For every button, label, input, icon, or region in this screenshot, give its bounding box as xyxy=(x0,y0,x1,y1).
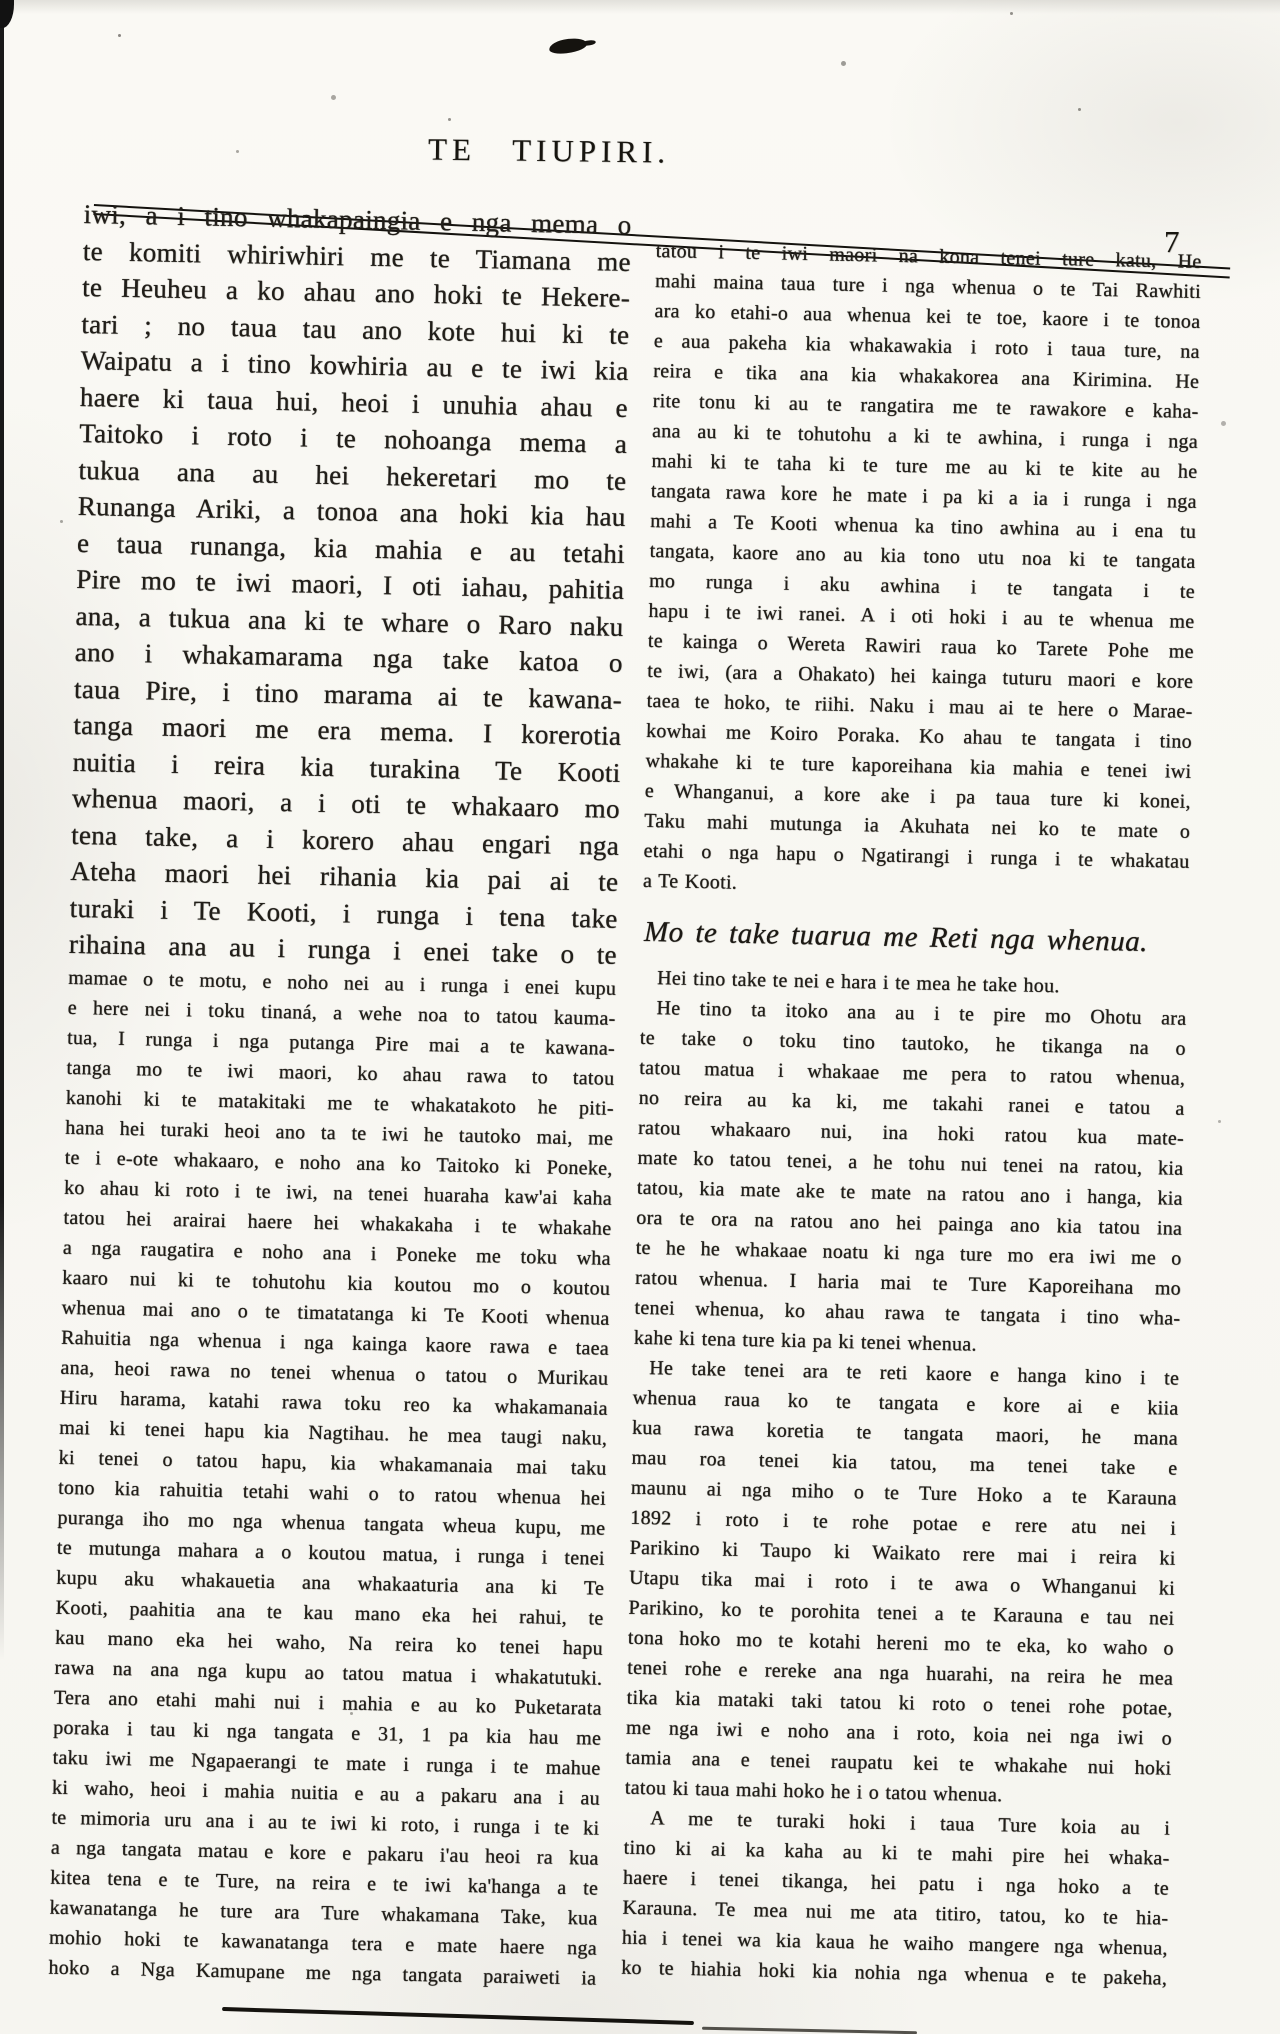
right-column-paragraph-3: He tino ta itoko ana au i te pire mo Oho… xyxy=(634,993,1187,1364)
left-column: iwi, a i tino whakapaingia e nga mema ot… xyxy=(48,196,632,1993)
masthead-title: TE TIUPIRI. xyxy=(428,132,670,171)
ink-smudge-artifact xyxy=(548,37,587,56)
right-column: tatou i te iwi maori na kona tenei ture … xyxy=(621,236,1202,1994)
right-column-paragraph-5: A me te turaki hoki i taua Ture koia au … xyxy=(621,1803,1171,1994)
section-heading: Mo te take tuarua me Reti nga whenua. xyxy=(644,916,1189,960)
scan-bottom-line2-artifact xyxy=(702,2027,917,2034)
scan-corner-mark-artifact xyxy=(0,0,14,28)
left-column-small-paragraph: mamae o te motu, e noho nei au i runga i… xyxy=(48,962,616,1993)
right-column-paragraph-4: He take tenei ara te reti kaore e hanga … xyxy=(625,1353,1180,1814)
left-column-lead-paragraph: iwi, a i tino whakapaingia e nga mema ot… xyxy=(69,196,632,973)
right-column-paragraph-1: tatou i te iwi maori na kona tenei ture … xyxy=(643,236,1202,907)
scan-bottom-line-artifact xyxy=(222,2007,694,2025)
newspaper-page: TE TIUPIRI. 7 iwi, a i tino whakapaingia… xyxy=(0,0,1280,2034)
paper-specks-artifact xyxy=(118,34,121,37)
scan-left-edge-artifact xyxy=(0,0,4,1660)
